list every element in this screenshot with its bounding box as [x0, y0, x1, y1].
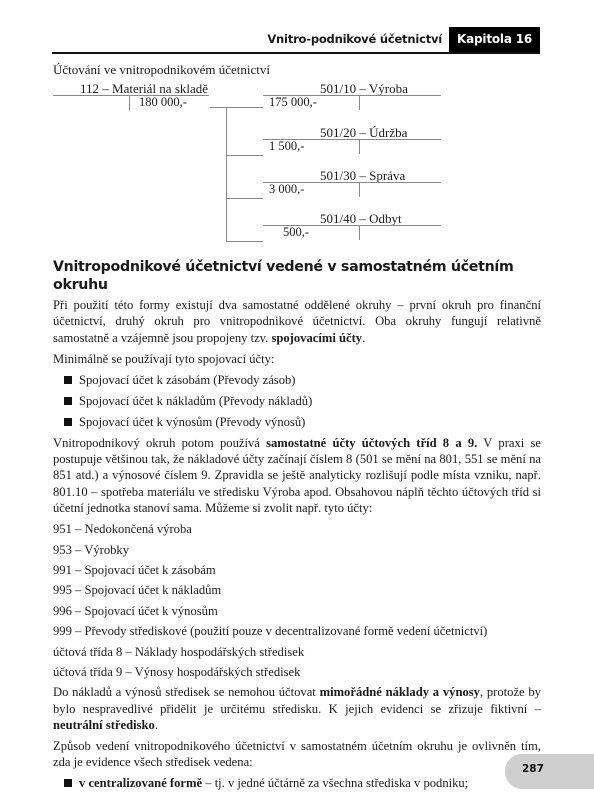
square-bullet-icon: [64, 779, 72, 787]
page-number-tab: [505, 754, 594, 789]
text: Vnitropodnikový okruh potom používá: [53, 436, 266, 450]
bold-term: samostatné účty účtových tříd 8 a 9.: [266, 436, 477, 450]
t-account-divider: [359, 95, 360, 110]
account-item: 996 – Spojovací účet k výnosům: [53, 603, 541, 619]
bold-term: v centralizované formě: [79, 776, 202, 790]
square-bullet-icon: [64, 397, 72, 405]
t-account-divider: [359, 139, 360, 154]
square-bullet-icon: [64, 376, 72, 384]
linking-accounts-list: Spojovací účet k zásobám (Převody zásob)…: [53, 372, 541, 430]
list-item: v centralizované formě – tj. v jedné účt…: [53, 775, 541, 791]
text: .: [362, 331, 365, 345]
account-item: účtová třída 9 – Výnosy hospodářských st…: [53, 664, 541, 680]
list-item-text: Spojovací účet k nákladům (Převody nákla…: [79, 394, 312, 408]
account-item: účtová třída 8 – Náklady hospodářských s…: [53, 644, 541, 660]
t-account-112-credit: 180 000,-: [139, 95, 187, 110]
list-item-text: – tj. v jedné účtárně za všechna středis…: [202, 776, 468, 790]
account-list: 951 – Nedokončená výroba 953 – Výrobky 9…: [53, 521, 541, 680]
bold-term: spojovacími účty: [271, 331, 362, 345]
text: Do nákladů a výnosů středisek se nemohou…: [53, 685, 320, 699]
account-item: 999 – Převody střediskové (použití pouze…: [53, 623, 541, 639]
form-list: v centralizované formě – tj. v jedné účt…: [53, 775, 541, 791]
bold-term: mimořádné náklady a výnosy: [320, 685, 480, 699]
page-header: Vnitro-podnikové účetnictví Kapitola 16: [52, 26, 540, 52]
paragraph-classes: Vnitropodnikový okruh potom používá samo…: [53, 435, 541, 517]
section-heading: Vnitropodnikové účetnictví vedené v samo…: [53, 258, 541, 294]
t-account-501-20-debit: 1 500,-: [269, 139, 304, 154]
account-item: 951 – Nedokončená výroba: [53, 521, 541, 537]
paragraph-minimal: Minimálně se používají tyto spojovací úč…: [53, 351, 541, 367]
diagram-caption: Účtování ve vnitropodnikovém účetnictví: [53, 62, 270, 78]
section-body: Vnitropodnikové účetnictví vedené v samo…: [53, 258, 541, 796]
t-account-501-40-debit: 500,-: [283, 225, 309, 240]
connector-branch: [226, 198, 263, 199]
list-item-text: Spojovací účet k zásobám (Převody zásob): [79, 373, 295, 387]
paragraph-intro: Při použití této formy existují dva samo…: [53, 297, 541, 346]
account-item: 991 – Spojovací účet k zásobám: [53, 562, 541, 578]
t-account-112-divider: [129, 95, 130, 110]
square-bullet-icon: [64, 418, 72, 426]
list-item: Spojovací účet k výnosům (Převody výnosů…: [53, 414, 541, 430]
connector-line: [210, 107, 263, 108]
header-rule: [52, 52, 540, 54]
list-item: Spojovací účet k zásobám (Převody zásob): [53, 372, 541, 388]
paragraph-method: Způsob vedení vnitropodnikového účetnict…: [53, 738, 541, 771]
chapter-badge: Kapitola 16: [449, 27, 540, 52]
t-account-501-30-debit: 3 000,-: [269, 182, 304, 197]
t-account-divider: [359, 182, 360, 197]
running-title: Vnitro-podnikové účetnictví: [267, 32, 442, 46]
paragraph-extraordinary: Do nákladů a výnosů středisek se nemohou…: [53, 684, 541, 733]
bold-term: neutrální středisko: [53, 718, 155, 732]
list-item: Spojovací účet k nákladům (Převody nákla…: [53, 393, 541, 409]
account-item: 995 – Spojovací účet k nákladům: [53, 582, 541, 598]
connector-branch: [226, 155, 263, 156]
connector-branch: [226, 241, 263, 242]
t-account-501-10-debit: 175 000,-: [269, 95, 317, 110]
list-item-text: Spojovací účet k výnosům (Převody výnosů…: [79, 415, 305, 429]
connector-trunk: [226, 107, 227, 242]
page-number: 287: [522, 763, 544, 775]
account-item: 953 – Výrobky: [53, 542, 541, 558]
text: .: [155, 718, 158, 732]
t-account-divider: [359, 225, 360, 240]
